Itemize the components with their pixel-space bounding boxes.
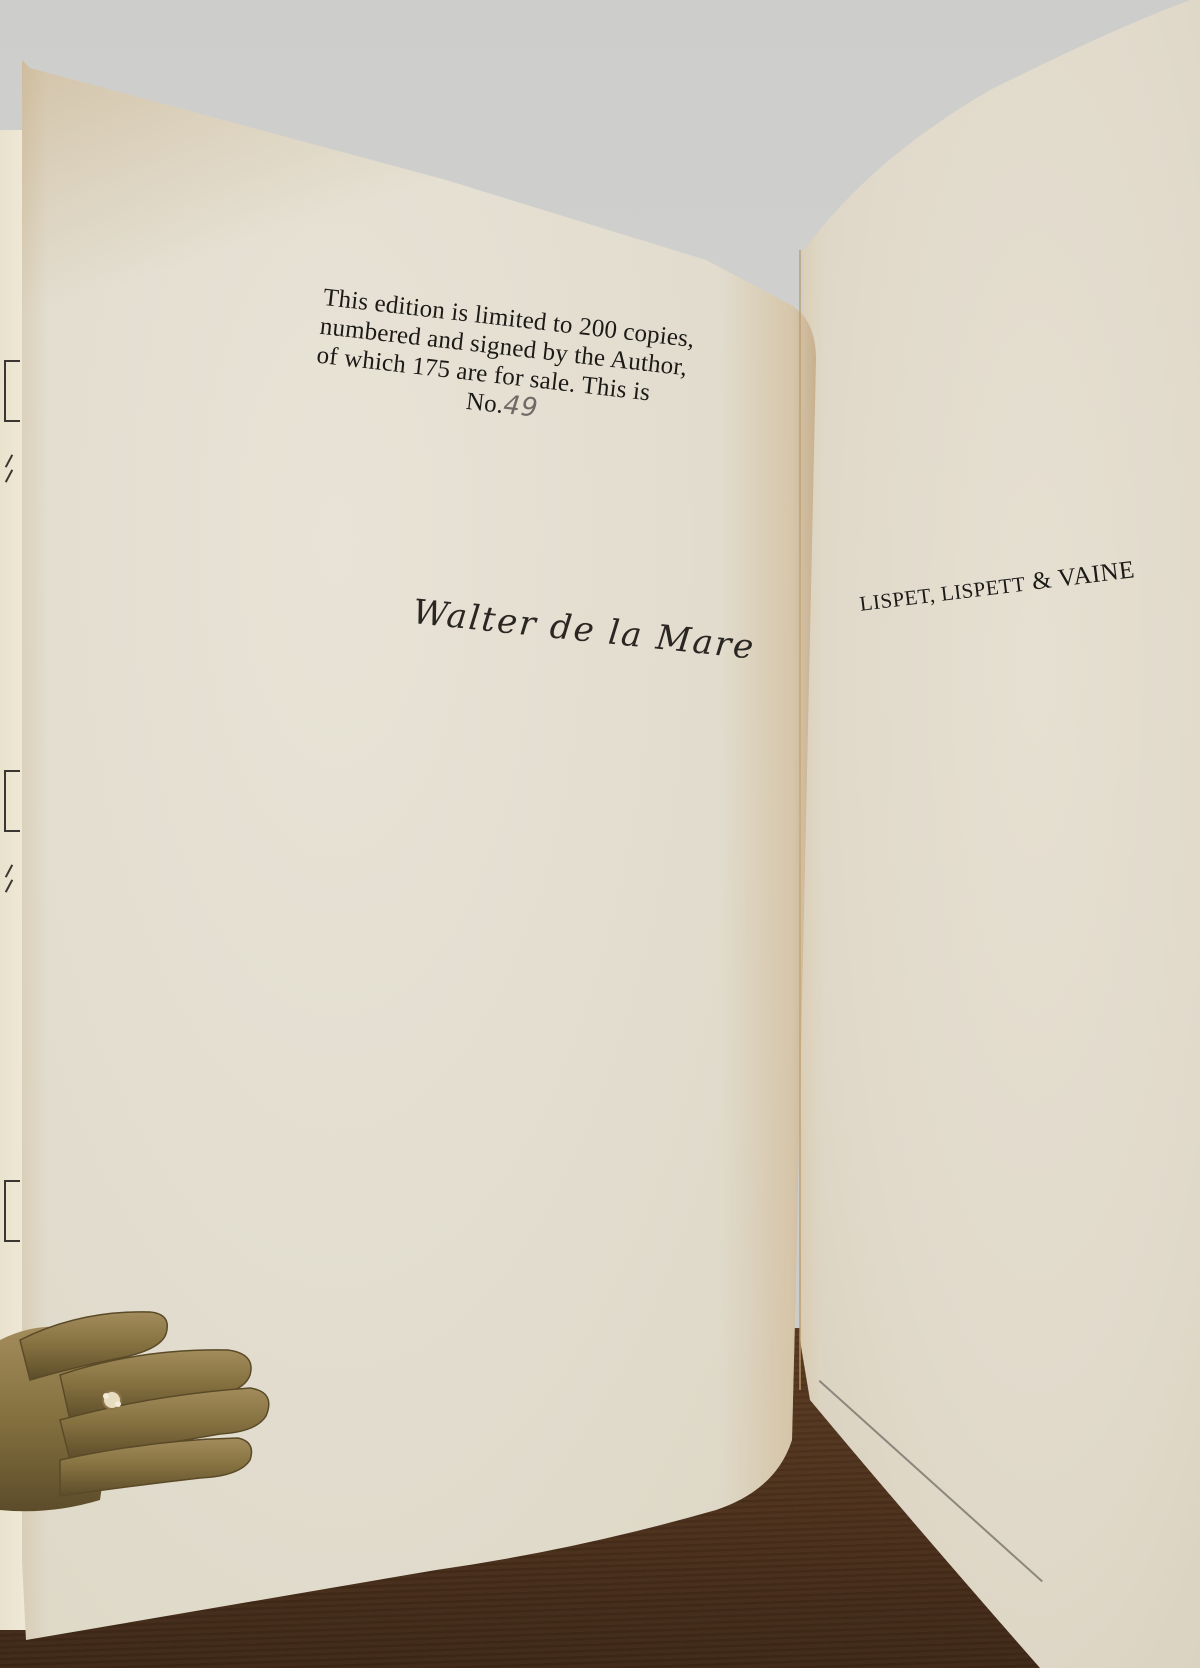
book-gutter [799,250,801,1390]
spine-lettering-mark [5,454,13,467]
copy-number-handwritten: 49 [502,390,540,424]
spine-lettering-mark [4,1180,20,1242]
spine-lettering-mark [4,360,20,422]
copy-number-prefix: No. [465,388,505,419]
bronze-hand-icon [0,1300,270,1520]
book-photo-scene: This edition is limited to 200 copies, n… [0,0,1200,1668]
spine-lettering-mark [5,879,13,892]
spine-lettering-mark [4,770,20,832]
spine-lettering-mark [5,864,13,877]
right-page [790,0,1200,1668]
spine-lettering-mark [5,469,13,482]
